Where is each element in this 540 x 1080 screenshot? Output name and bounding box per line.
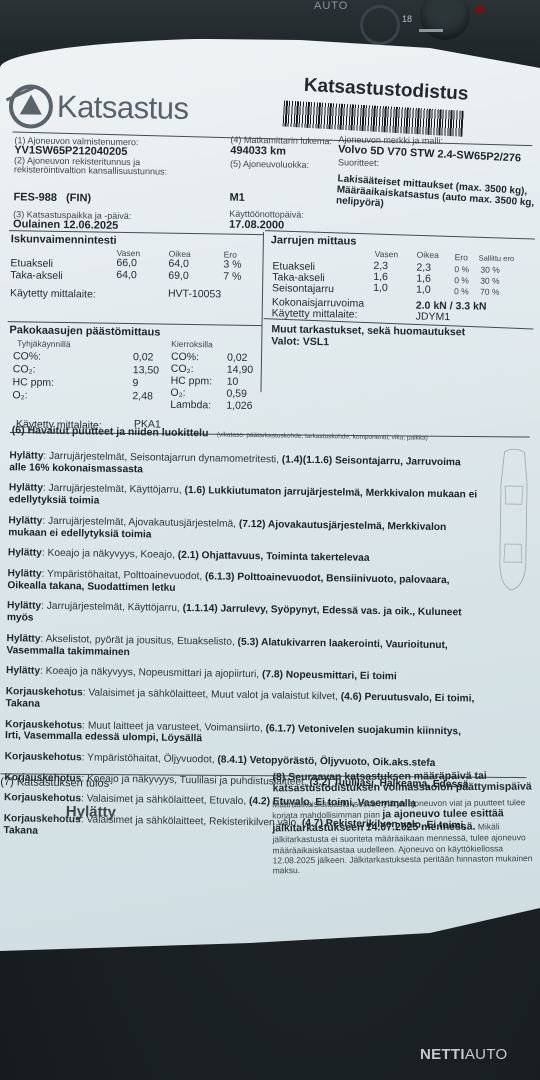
emissions-rpm-value: 0,02 xyxy=(227,352,248,364)
defect-item: Hylätty: Jarrujärjestelmät, Ajovakautusj… xyxy=(8,515,478,546)
watermark-thin: AUTO xyxy=(465,1046,508,1063)
defect-context: Valaisimet ja sähkölaitteet, Muut valot … xyxy=(88,688,338,703)
brake-row-diff: 0 % xyxy=(454,264,469,274)
brake-row-allowed: 30 % xyxy=(480,265,500,275)
shock-device-value: HVT-10053 xyxy=(168,288,221,301)
defect-item: Hylätty: Jarrujärjestelmät, Käyttöjarru,… xyxy=(7,601,477,632)
emissions-title: Pakokaasujen päästömittaus xyxy=(9,324,160,338)
document-title: Katsastustodistus xyxy=(303,75,469,106)
emissions-rpm-param: O₂: xyxy=(170,387,185,399)
brake-row-right: 1,0 xyxy=(416,284,431,296)
shock-row-left: 66,0 xyxy=(116,257,137,269)
reg-value: FES-988 (FIN) xyxy=(13,191,91,204)
emissions-idle-value: 0,02 xyxy=(133,351,154,363)
shock-row-label: Etuakseli xyxy=(10,257,53,270)
emissions-idle-value: 9 xyxy=(133,377,139,389)
defect-item: Korjauskehotus: Muut laitteet ja varuste… xyxy=(5,719,475,750)
shock-device-label: Käytetty mittalaite: xyxy=(10,287,96,300)
defect-kind: Korjauskehotus xyxy=(5,719,82,731)
brake-row-label: Seisontajarru xyxy=(272,282,334,295)
emissions-rpm-value: 14,90 xyxy=(227,364,253,376)
defect-kind: Hylätty xyxy=(6,633,40,645)
performed-list: Lakisääteiset mittaukset (max. 3500 kg),… xyxy=(336,173,536,219)
defect-kind: Korjauskehotus xyxy=(5,751,82,763)
dashboard-knob-mark xyxy=(419,29,443,32)
shock-row-left: 64,0 xyxy=(116,269,137,281)
result-value: Hylätty xyxy=(66,803,116,821)
defect-kind: Hylätty xyxy=(7,568,41,580)
emissions-idle-param: O₂: xyxy=(12,389,27,401)
defect-kind: Hylätty xyxy=(9,450,43,462)
next-inspection-title: (8) Seuraavan katsastuksen määräpäivä ta… xyxy=(272,770,540,794)
katsastus-logo-icon xyxy=(9,84,54,129)
nettiauto-watermark: NETTIAUTO xyxy=(420,1046,507,1063)
defect-item: Korjauskehotus: Ympäristöhaitat, Öljyvuo… xyxy=(5,751,475,770)
brake-col-diff: Ero xyxy=(455,252,468,262)
divider xyxy=(260,232,264,392)
defect-kind: Hylätty xyxy=(7,601,41,613)
emissions-rpm-value: 0,59 xyxy=(226,388,247,400)
shock-row-label: Taka-akseli xyxy=(10,269,63,282)
dashboard-number: 18 xyxy=(402,14,412,24)
class-value: M1 xyxy=(229,192,244,204)
emissions-rpm-param: CO₂: xyxy=(171,363,194,375)
barcode-icon xyxy=(283,100,464,136)
defect-kind: Hylätty xyxy=(8,548,42,560)
defect-context: Ympäristöhaitat, Öljyvuodot, xyxy=(87,752,215,765)
dashboard-red-light xyxy=(475,6,485,14)
shock-row-right: 64,0 xyxy=(168,258,189,270)
defect-kind: Hylätty xyxy=(9,483,43,495)
brake-col-left: Vasen xyxy=(375,249,399,259)
defect-item: Hylätty: Koeajo ja näkyvyys, Koeajo, (2.… xyxy=(8,548,478,567)
emissions-rpm-value: 10 xyxy=(227,376,239,388)
defect-kind: Hylätty xyxy=(6,666,40,678)
shock-row-right: 69,0 xyxy=(168,270,189,282)
defect-item: Hylätty: Jarrujärjestelmät, Seisontajarr… xyxy=(9,450,479,481)
emissions-idle-param: HC ppm: xyxy=(13,376,55,389)
defect-item: Hylätty: Akselistot, pyörät ja jousitus,… xyxy=(6,633,476,664)
reg-label: (2) Ajoneuvon rekisteritunnus ja rekiste… xyxy=(14,156,214,178)
defect-item: Hylätty: Jarrujärjestelmät, Käyttöjarru,… xyxy=(9,483,479,514)
emissions-rpm-value: 1,026 xyxy=(226,400,252,412)
defect-code: (7.8) Nopeusmittari, Ei toimi xyxy=(262,670,397,683)
defect-kind: Korjauskehotus xyxy=(6,686,83,698)
defect-context: Koeajo ja näkyvyys, Nopeusmittari ja ajo… xyxy=(46,666,260,680)
inspection-certificate: Katsastus Katsastustodistus (1) Ajoneuvo… xyxy=(0,38,540,953)
emissions-idle-value: 2,48 xyxy=(132,390,153,402)
brake-device-value: JDYM1 xyxy=(416,311,451,324)
performed-label: Suoritteet: xyxy=(338,158,379,168)
other-checks-text: Valot: VSL1 xyxy=(271,335,329,348)
katsastus-logo: Katsastus xyxy=(9,84,189,131)
emissions-rpm-param: CO%: xyxy=(171,351,199,363)
emissions-idle-param: CO₂: xyxy=(13,363,36,375)
watermark-bold: NETTI xyxy=(420,1046,465,1063)
brand-name: Katsastus xyxy=(57,89,189,127)
defect-item: Korjauskehotus: Valaisimet ja sähkölaitt… xyxy=(5,686,475,717)
brake-row-allowed: 70 % xyxy=(480,287,500,297)
class-label: (5) Ajoneuvoluokka: xyxy=(230,160,309,171)
dashboard-dial xyxy=(360,5,400,45)
defect-context: Jarrujärjestelmät, Käyttöjarru, xyxy=(47,601,180,614)
brake-test-title: Jarrujen mittaus xyxy=(271,234,357,247)
dashboard-auto-label: AUTO xyxy=(314,0,348,12)
emissions-rpm-param: Lambda: xyxy=(170,399,211,412)
next-inspection-deadline: 14.07.2025 mennessä. xyxy=(366,820,476,833)
defect-kind: Hylätty xyxy=(8,515,42,527)
brake-row-diff: 0 % xyxy=(454,286,469,296)
defect-code: (2.1) Ohjattavuus, Toiminta takertelevaa xyxy=(178,550,370,564)
brake-row-allowed: 30 % xyxy=(480,276,500,286)
odometer-value: 494033 km xyxy=(230,145,286,158)
brake-row-left: 1,0 xyxy=(373,282,388,294)
emissions-rpm-label: Kierroksilla xyxy=(171,339,213,350)
car-diagram-icon xyxy=(494,444,530,595)
defect-item: Hylätty: Koeajo ja näkyvyys, Nopeusmitta… xyxy=(6,666,476,685)
brake-col-right: Oikea xyxy=(417,250,439,260)
next-inspection-body: Määräaikaiskatsastuksessa hylätyn ajoneu… xyxy=(272,797,535,875)
emissions-rpm-param: HC ppm: xyxy=(171,375,213,388)
brake-row-diff: 0 % xyxy=(454,275,469,285)
defect-context: Koeajo ja näkyvyys, Koeajo, xyxy=(47,548,175,561)
emissions-idle-param: CO%: xyxy=(13,350,41,362)
defect-context: Valaisimet ja sähkölaitteet, Rekisteriki… xyxy=(86,815,299,829)
result-title: (7) Katsastuksen tulos xyxy=(0,776,109,790)
emissions-idle-value: 13,50 xyxy=(133,364,159,376)
defect-code: (8.4.1) Vetopyörästö, Öljyvuoto, Oik.aks… xyxy=(217,754,435,768)
shock-row-diff: 3 % xyxy=(223,259,241,271)
shock-row-diff: 7 % xyxy=(223,271,241,283)
emissions-idle-label: Tyhjäkäynnillä xyxy=(17,338,71,349)
defect-item: Hylätty: Ympäristöhaitat, Polttoainevuod… xyxy=(7,568,477,599)
brake-col-allowed: Sallittu ero xyxy=(479,254,515,264)
shock-test-title: Iskunvaimennintesti xyxy=(11,233,117,247)
